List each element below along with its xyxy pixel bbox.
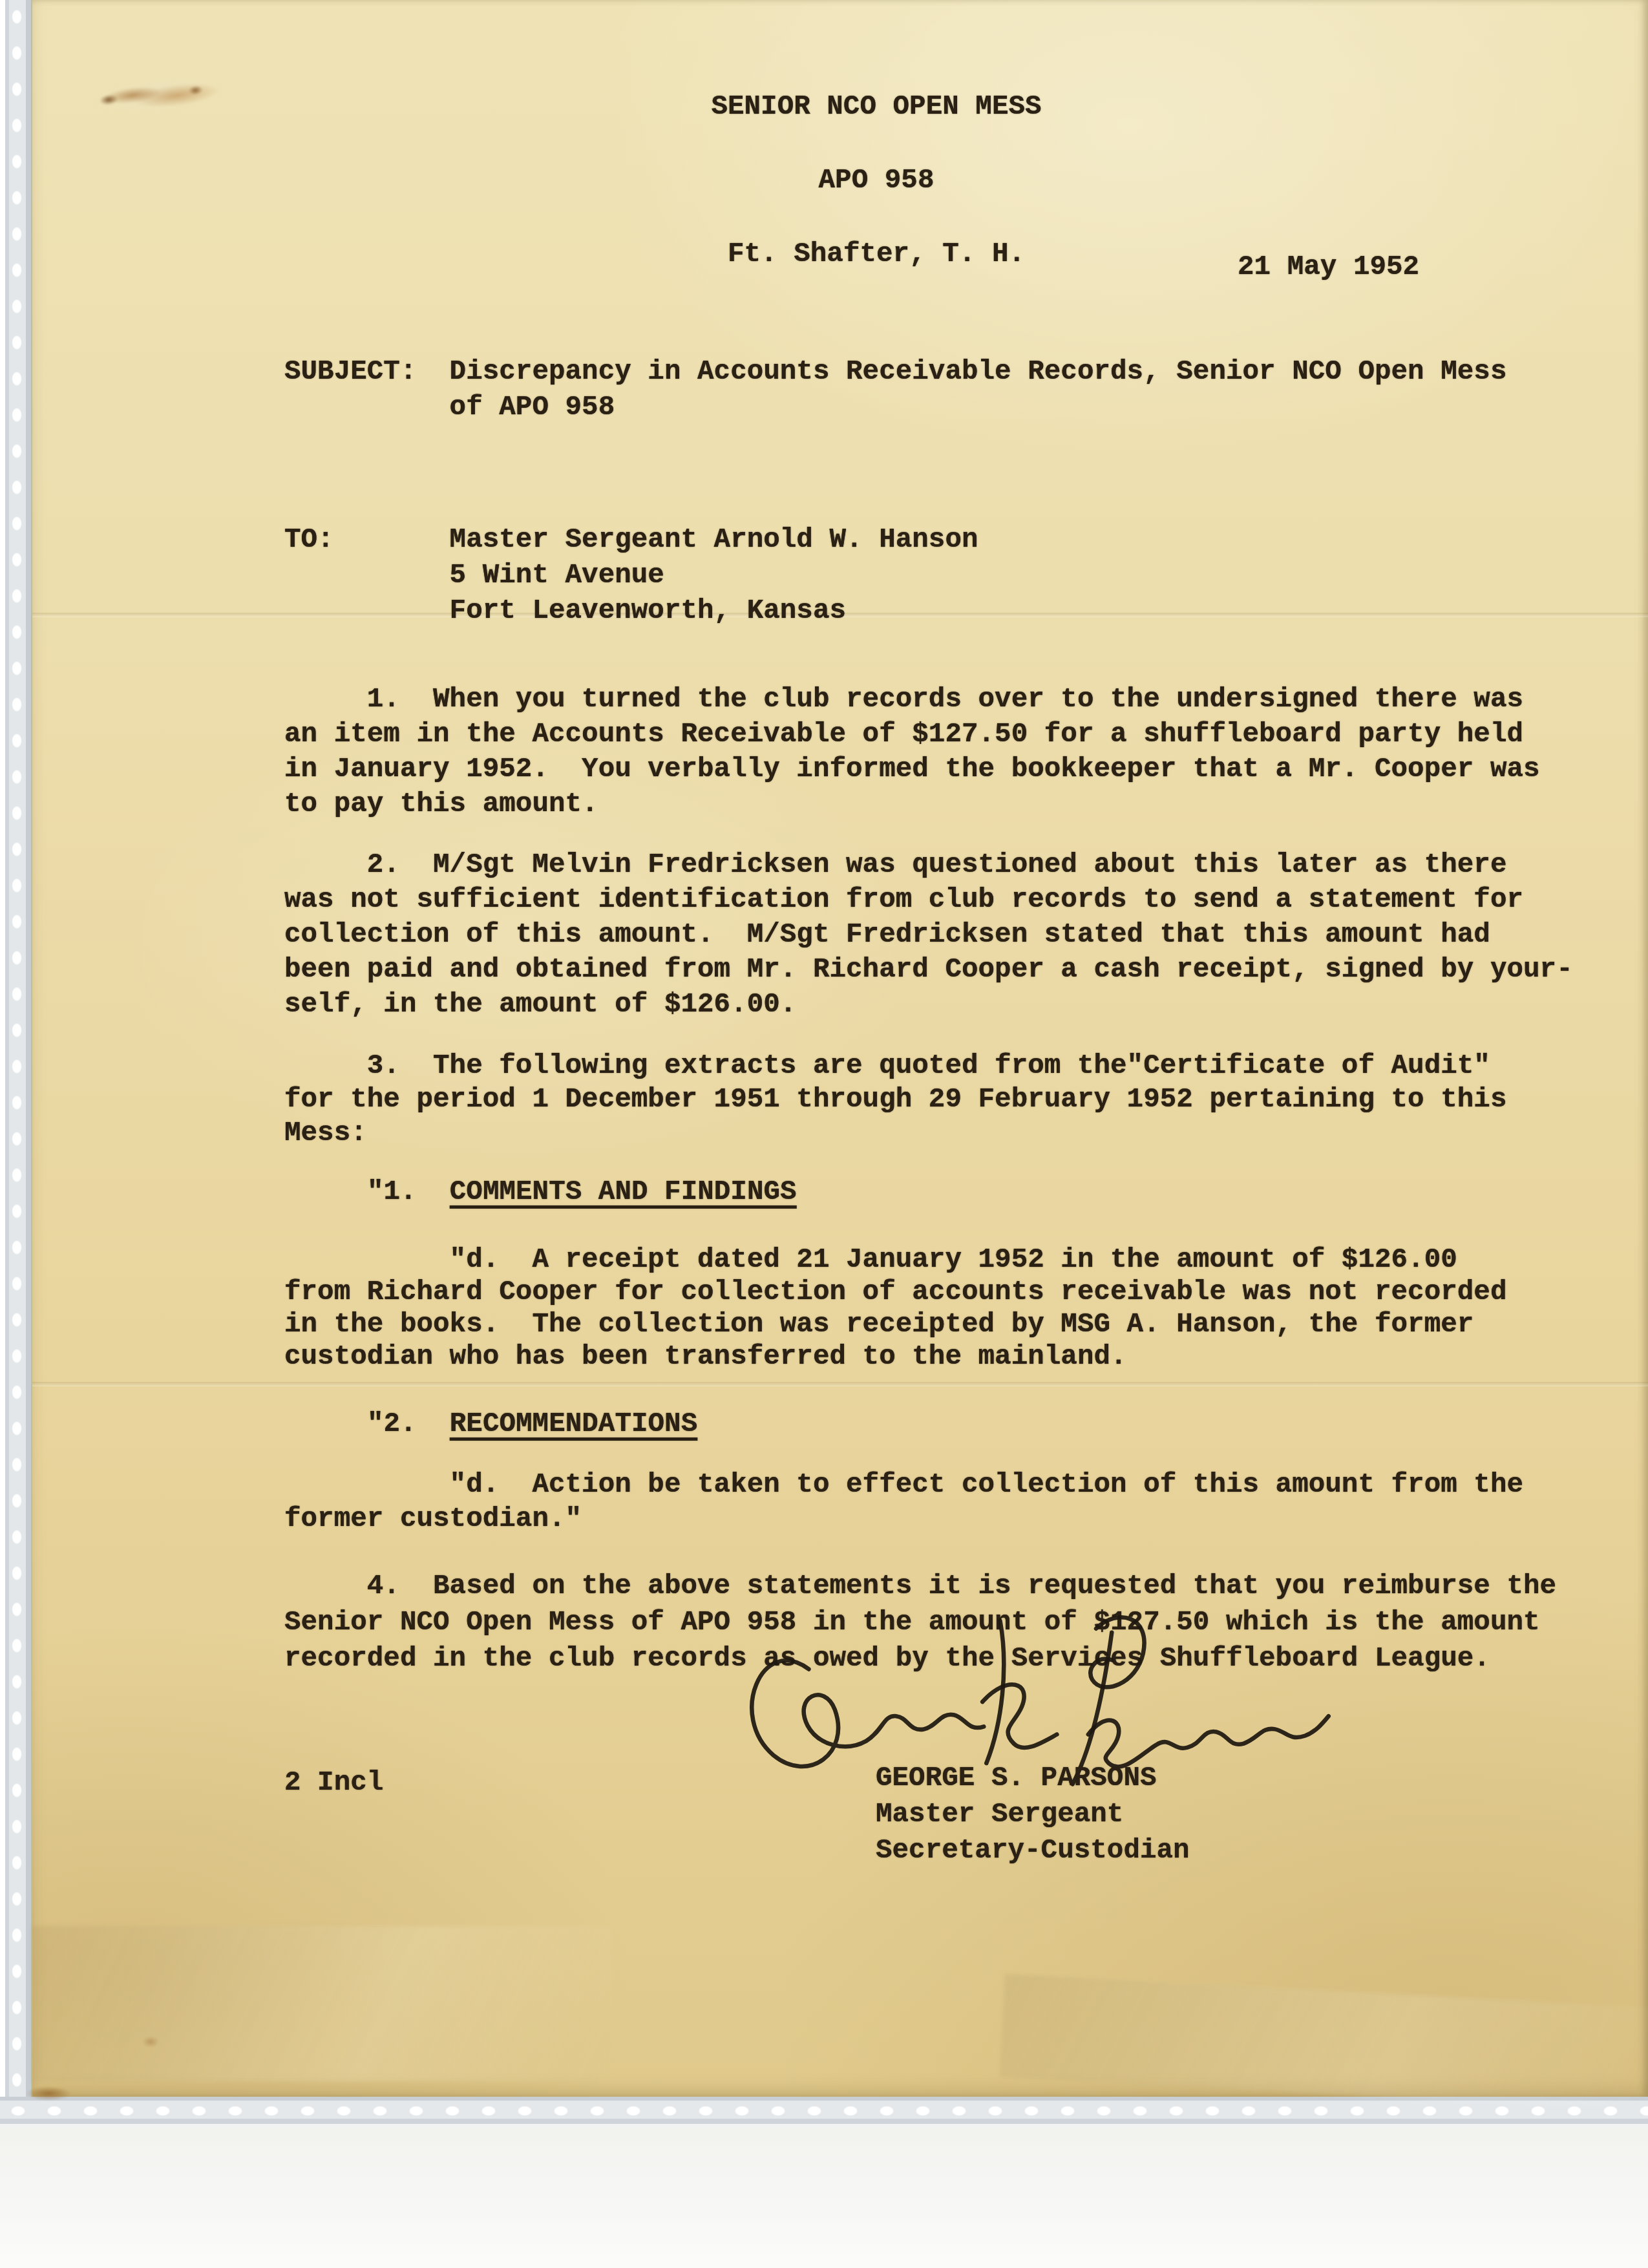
audit-heading-label: COMMENTS AND FINDINGS [450, 1176, 797, 1207]
sheet-protector-stitches-left [4, 0, 30, 2133]
sheet-protector-bottom-edge [0, 2097, 1648, 2128]
to-block: TO: Master Sergeant Arnold W. Hanson 5 W… [284, 522, 978, 629]
scanner-background [0, 2128, 1648, 2268]
letterhead-apo: APO 958 [819, 165, 935, 196]
fold-crease-lower [32, 1382, 1648, 1386]
signature-stroke [752, 1660, 984, 1766]
paper-wrinkle [32, 1926, 614, 2081]
paragraph-2: 2. M/Sgt Melvin Fredricksen was question… [284, 847, 1573, 1022]
sheet-protector-left-edge [0, 0, 34, 2133]
paragraph-3: 3. The following extracts are quoted fro… [284, 1049, 1506, 1150]
enclosure-note: 2 Incl [284, 1765, 383, 1801]
audit-heading-comments: "1. COMMENTS AND FINDINGS [367, 1174, 797, 1210]
letterhead: SENIOR NCO OPEN MESS APO 958 Ft. Shafter… [682, 89, 1070, 273]
letterhead-org: SENIOR NCO OPEN MESS [711, 91, 1041, 122]
paragraph-1: 1. When you turned the club records over… [284, 682, 1540, 821]
signature-stroke [1090, 1617, 1144, 1687]
audit-quote-findings: "d. A receipt dated 21 January 1952 in t… [284, 1244, 1506, 1373]
audit-heading-prefix: "1. [367, 1176, 450, 1207]
audit-heading-recommendations: "2. RECOMMENDATIONS [367, 1406, 697, 1442]
signature-stroke [1088, 1716, 1329, 1766]
paper-wrinkle [999, 1974, 1648, 2111]
letterhead-location: Ft. Shafter, T. H. [728, 238, 1025, 270]
scanned-letter-page: SENIOR NCO OPEN MESS APO 958 Ft. Shafter… [0, 0, 1648, 2268]
rust-spot [26, 2086, 71, 2101]
subject-block: SUBJECT: Discrepancy in Accounts Receiva… [284, 354, 1506, 425]
audit-heading-label: RECOMMENDATIONS [450, 1408, 697, 1439]
sheet-protector-stitches-bottom [0, 2099, 1648, 2125]
audit-heading-prefix: "2. [367, 1408, 450, 1439]
rust-spot [142, 2036, 159, 2048]
audit-quote-recommendation: "d. Action be taken to effect collection… [284, 1468, 1523, 1536]
signature-typed-block: GEORGE S. PARSONS Master Sergeant Secret… [876, 1760, 1190, 1869]
date-line: 21 May 1952 [1238, 249, 1419, 285]
